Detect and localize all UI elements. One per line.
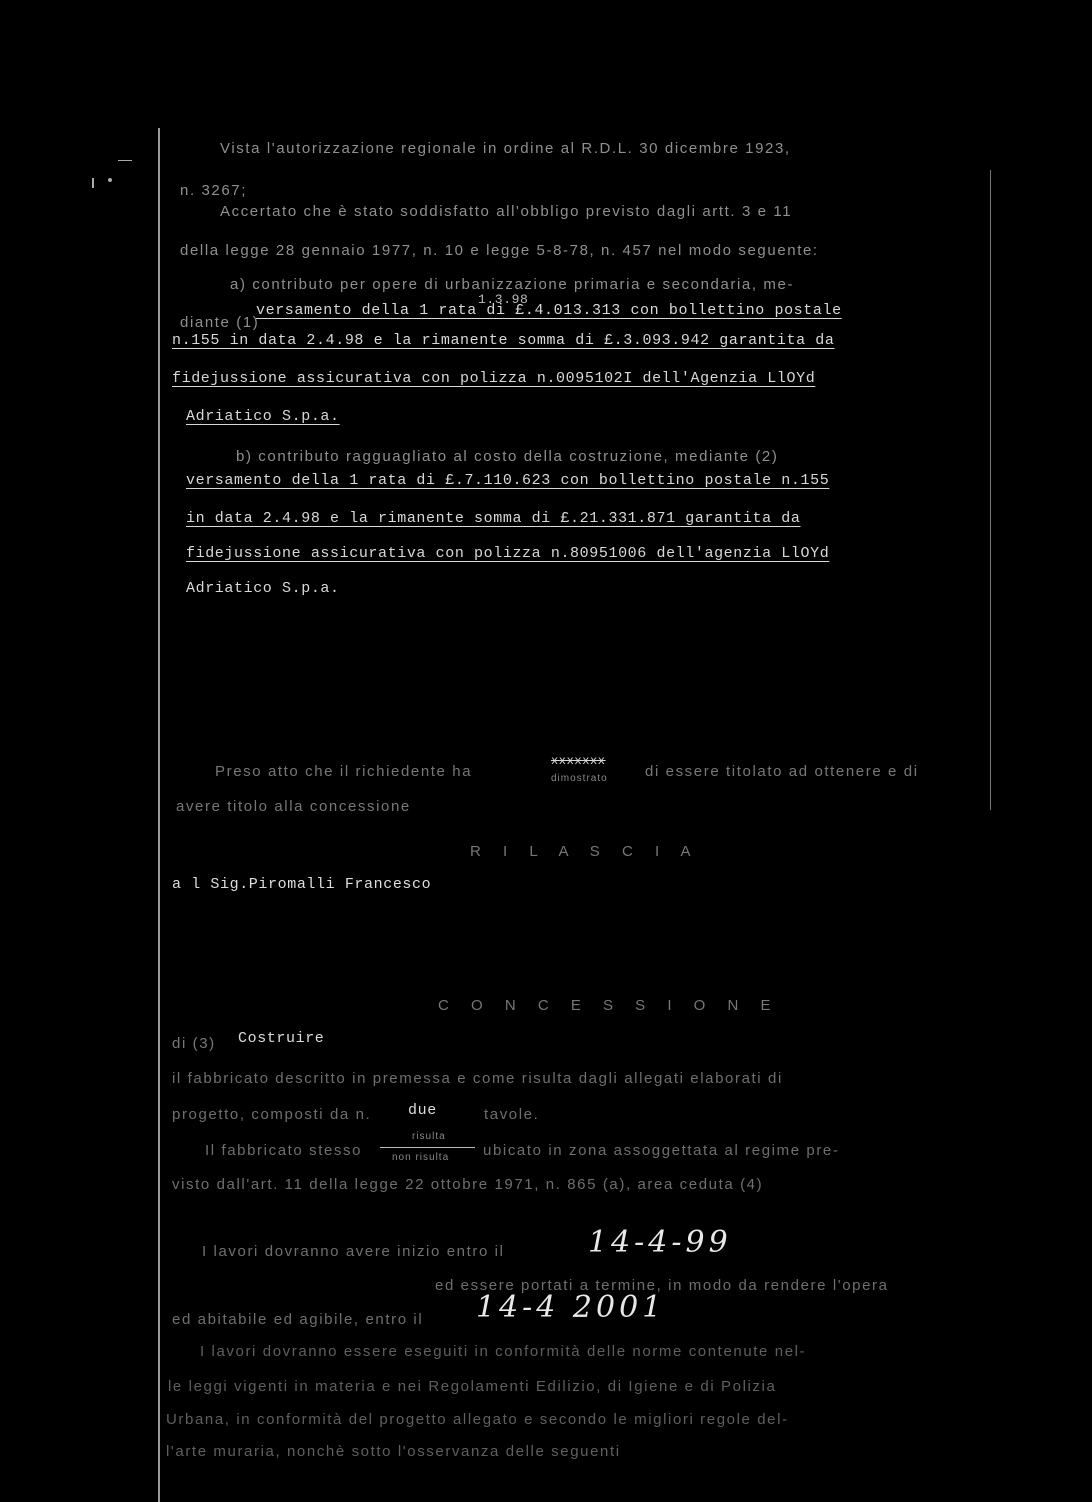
text-line: della legge 28 gennaio 1977, n. 10 e leg… xyxy=(180,242,819,259)
text-line: visto dall'art. 11 della legge 22 ottobr… xyxy=(172,1176,763,1193)
recipient-name: a l Sig.Piromalli Francesco xyxy=(172,876,431,893)
option-text: risulta xyxy=(412,1131,446,1142)
text-line: Vista l'autorizzazione regionale in ordi… xyxy=(220,140,791,157)
typed-field: versamento della 1 rata di £.4.013.313 c… xyxy=(256,302,842,319)
text-line: progetto, composti da n. xyxy=(172,1106,371,1123)
fraction-bar xyxy=(380,1147,475,1148)
typed-field: Costruire xyxy=(238,1030,324,1047)
typed-field: versamento della 1 rata di £.7.110.623 c… xyxy=(186,472,829,489)
typed-field: Adriatico S.p.a. xyxy=(186,580,340,597)
struck-text: xxxxxxx xyxy=(551,754,606,768)
option-text: dimostrato xyxy=(551,773,608,784)
handwritten-end-date: 14-4 2001 xyxy=(476,1290,665,1325)
text-line: di essere titolato ad ottenere e di xyxy=(645,763,919,780)
text-line: ubicato in zona assoggettata al regime p… xyxy=(483,1142,839,1159)
page-right-edge xyxy=(990,170,991,810)
text-line: le leggi vigenti in materia e nei Regola… xyxy=(168,1378,776,1395)
text-line: ed abitabile ed agibile, entro il xyxy=(172,1311,423,1328)
typed-field: fidejussione assicurativa con polizza n.… xyxy=(172,370,815,387)
typed-field: due xyxy=(408,1102,437,1119)
text-line: di (3) xyxy=(172,1035,216,1052)
typed-field: fidejussione assicurativa con polizza n.… xyxy=(186,545,829,562)
text-line: n. 3267; xyxy=(180,182,247,199)
text-line: I lavori dovranno avere inizio entro il xyxy=(202,1243,505,1260)
text-line: I lavori dovranno essere eseguiti in con… xyxy=(200,1343,806,1360)
margin-mark xyxy=(118,160,132,161)
option-text: non risulta xyxy=(392,1152,449,1163)
margin-mark xyxy=(92,178,94,188)
typed-field: Adriatico S.p.a. xyxy=(186,408,340,425)
text-line: l'arte muraria, nonchè sotto l'osservanz… xyxy=(166,1443,621,1460)
text-line: b) contributo ragguagliato al costo dell… xyxy=(236,448,778,465)
text-line: Accertato che è stato soddisfatto all'ob… xyxy=(220,203,792,220)
text-line: a) contributo per opere di urbanizzazion… xyxy=(230,276,794,293)
margin-mark xyxy=(108,178,112,182)
handwritten-start-date: 14-4-99 xyxy=(588,1225,732,1260)
text-line: Il fabbricato stesso xyxy=(205,1142,362,1159)
text-line: il fabbricato descritto in premessa e co… xyxy=(172,1070,783,1087)
section-heading: C O N C E S S I O N E xyxy=(438,997,780,1014)
text-line: diante (1) xyxy=(180,314,259,331)
text-line: avere titolo alla concessione xyxy=(176,798,411,815)
typed-field: n.155 in data 2.4.98 e la rimanente somm… xyxy=(172,332,835,349)
text-line: Urbana, in conformità del progetto alleg… xyxy=(166,1411,789,1428)
page-left-border xyxy=(158,128,160,1502)
section-heading: R I L A S C I A xyxy=(470,843,700,860)
text-line: Preso atto che il richiedente ha xyxy=(215,763,472,780)
text-line: tavole. xyxy=(484,1106,539,1123)
typed-field: in data 2.4.98 e la rimanente somma di £… xyxy=(186,510,801,527)
